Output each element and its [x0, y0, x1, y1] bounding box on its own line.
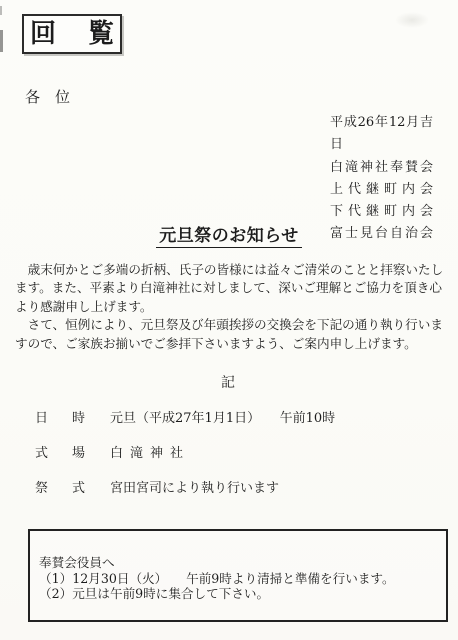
- scan-artifact: [0, 30, 3, 52]
- detail-list: 日時元旦（平成27年1月1日） 午前10時 式場白滝神社 祭式宮田宮司により執り…: [35, 409, 335, 514]
- officers-item: （1）12月30日（火） 午前9時より清掃と準備を行います。: [39, 571, 436, 587]
- circulation-stamp: 回覧: [22, 14, 122, 54]
- detail-value: 白滝神社: [110, 446, 190, 461]
- officers-heading: 奉賛会役員へ: [39, 555, 436, 571]
- scan-artifact: [395, 12, 429, 28]
- notice-title: 元旦祭のお知らせ: [156, 221, 302, 248]
- detail-label: 式場: [35, 444, 85, 463]
- detail-row-ceremony: 祭式宮田宮司により執り行います: [35, 479, 335, 498]
- sender-line: 上代継町内会: [330, 179, 433, 201]
- body-line: より感謝申し上げます。: [15, 298, 447, 316]
- issue-date: 平成26年12月吉日: [330, 112, 433, 157]
- detail-value: 元旦（平成27年1月1日） 午前10時: [110, 411, 335, 426]
- body-line: すので、ご家族お揃いでご参拝下さいますよう、ご案内申し上げます。: [15, 335, 447, 353]
- record-marker: 記: [0, 372, 458, 392]
- body-line: 歳末何かとご多端の折柄、氏子の皆様には益々ご清栄のことと拝察いたし: [15, 261, 447, 279]
- sender-line: 白滝神社奉賛会: [330, 157, 433, 179]
- body-text: 歳末何かとご多端の折柄、氏子の皆様には益々ご清栄のことと拝察いたし ます。また、…: [15, 261, 447, 353]
- body-line: さて、恒例により、元旦祭及び年頭挨拶の交換会を下記の通り執り行いま: [15, 316, 447, 334]
- salutation: 各 位: [25, 86, 70, 107]
- detail-label: 祭式: [35, 479, 85, 498]
- detail-label: 日時: [35, 409, 85, 428]
- detail-value: 宮田宮司により執り行います: [110, 481, 279, 496]
- detail-row-datetime: 日時元旦（平成27年1月1日） 午前10時: [35, 409, 335, 428]
- scan-artifact: [0, 6, 2, 15]
- notice-title-row: 元旦祭のお知らせ: [0, 221, 458, 248]
- scanned-notice-page: 回覧 各 位 平成26年12月吉日 白滝神社奉賛会 上代継町内会 下代継町内会 …: [0, 0, 458, 640]
- officers-item: （2）元旦は午前9時に集合して下さい。: [39, 586, 436, 602]
- body-line: ます。また、平素より白滝神社に対しまして、深いご理解とご協力を頂き心: [15, 279, 447, 297]
- detail-row-venue: 式場白滝神社: [35, 444, 335, 463]
- officers-notice-box: 奉賛会役員へ （1）12月30日（火） 午前9時より清掃と準備を行います。 （2…: [28, 529, 448, 622]
